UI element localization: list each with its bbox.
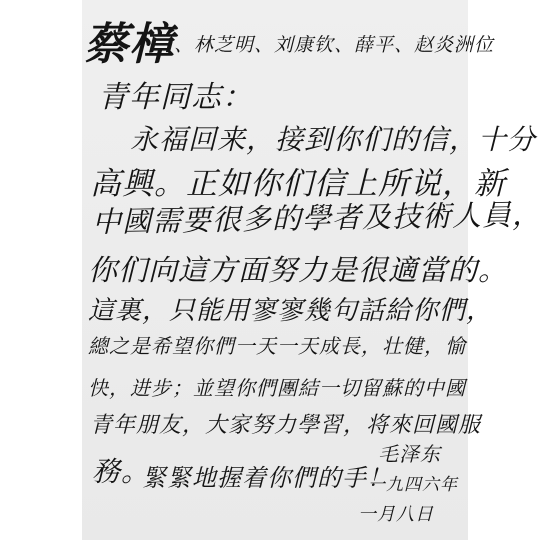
- letter-paper: 蔡樟、林芝明、刘康钦、薛平、赵炎洲位 青年同志： 永福回来，接到你们的信，十分 …: [82, 0, 468, 540]
- closing-line: 緊緊地握着你們的手！: [142, 458, 392, 493]
- body-line-4: 你们向這方面努力是很適當的。: [88, 248, 508, 289]
- signature-date: 一月八日: [358, 500, 434, 526]
- body-line-7: 快，进步；並望你們團結一切留蘇的中國: [88, 372, 466, 401]
- recipients-line: 蔡樟、林芝明、刘康钦、薛平、赵炎洲位: [84, 8, 494, 72]
- recipient-names: 、林芝明、刘康钦、薛平、赵炎洲位: [174, 34, 494, 56]
- greeting: 青年同志：: [98, 72, 253, 116]
- body-line-6: 總之是希望你們一天一天成長，壮健，愉: [88, 330, 466, 359]
- signature-year: 一九四六年: [368, 470, 458, 495]
- body-line-8: 青年朋友，大家努力學習，将來回國服: [90, 408, 481, 439]
- body-line-3: 中國需要很多的學者及技術人員，: [92, 192, 543, 241]
- signature-name: 毛泽东: [378, 438, 441, 467]
- body-line-1: 永福回来，接到你们的信，十分: [130, 118, 536, 158]
- body-line-5: 這裏，只能用寥寥幾句話給你們，: [88, 290, 493, 327]
- recipient-lead: 蔡樟: [84, 19, 174, 70]
